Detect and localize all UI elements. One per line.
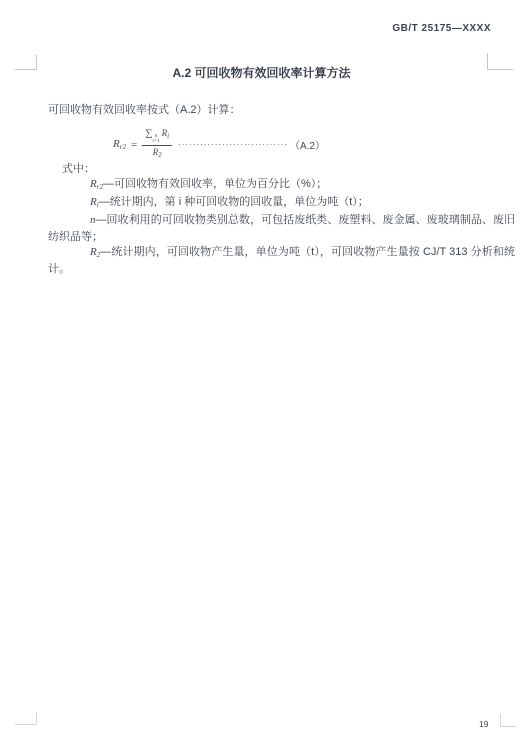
equation-number: （A.2）	[290, 137, 325, 152]
sigma-limits: ni=1	[152, 134, 159, 144]
definition-Rr2: Rr2—可回收物有效回收率，单位为百分比（%）；	[48, 177, 515, 194]
definition-variable: R	[90, 196, 97, 208]
fraction-denominator: R2	[142, 146, 172, 161]
standard-number-header: GB/T 25175—XXXX	[392, 23, 491, 34]
equation-lhs: Rr2	[113, 138, 126, 151]
fraction: ∑ni=1Ri R2	[142, 128, 172, 161]
definition-text: —统计期内，可回收物产生量，单位为吨（t），可回收物产生量按 CJ/T 313 …	[48, 246, 515, 275]
definition-R2: R2—统计期内，可回收物产生量，单位为吨（t），可回收物产生量按 CJ/T 31…	[48, 245, 515, 276]
crop-mark-bottom-left	[15, 712, 37, 725]
definition-Ri: Ri—统计期内，第 i 种可回收物的回收量，单位为吨（t）；	[48, 195, 515, 212]
fraction-numerator: ∑ni=1Ri	[142, 128, 172, 146]
equation-A2: Rr2 = ∑ni=1Ri R2 ·······················…	[113, 128, 325, 161]
dotted-leader: ······························	[178, 140, 288, 149]
sigma-lower-limit: i=1	[152, 139, 159, 144]
numerator-subscript: i	[167, 132, 169, 140]
section-title: A.2 可回收物有效回收率计算方法	[0, 64, 523, 81]
page-number: 19	[479, 719, 488, 729]
where-label: 式中：	[62, 162, 515, 176]
definition-variable: R	[90, 246, 97, 258]
lhs-subscript: r2	[120, 143, 126, 151]
definition-text: —回收利用的可回收物类别总数，可包括废纸类、废塑料、废金属、废玻璃制品、废旧纺织…	[48, 214, 515, 243]
sigma-symbol: ∑	[145, 128, 152, 139]
definition-text: —统计期内，第 i 种可回收物的回收量，单位为吨（t）；	[99, 196, 369, 208]
definition-text: —可回收物有效回收率，单位为百分比（%）；	[103, 178, 327, 190]
crop-mark-bottom-right	[500, 714, 516, 727]
definitions-block: 式中： Rr2—可回收物有效回收率，单位为百分比（%）； Ri—统计期内，第 i…	[48, 162, 515, 277]
document-page: GB/T 25175—XXXX A.2 可回收物有效回收率计算方法 可回收物有效…	[0, 0, 523, 736]
lhs-variable: R	[113, 138, 120, 150]
intro-paragraph: 可回收物有效回收率按式（A.2）计算：	[48, 101, 241, 117]
denominator-subscript: 2	[158, 151, 162, 159]
equals-sign: =	[131, 139, 137, 151]
definition-n: n—回收利用的可回收物类别总数，可包括废纸类、废塑料、废金属、废玻璃制品、废旧纺…	[48, 213, 515, 244]
definition-variable: R	[90, 178, 97, 190]
